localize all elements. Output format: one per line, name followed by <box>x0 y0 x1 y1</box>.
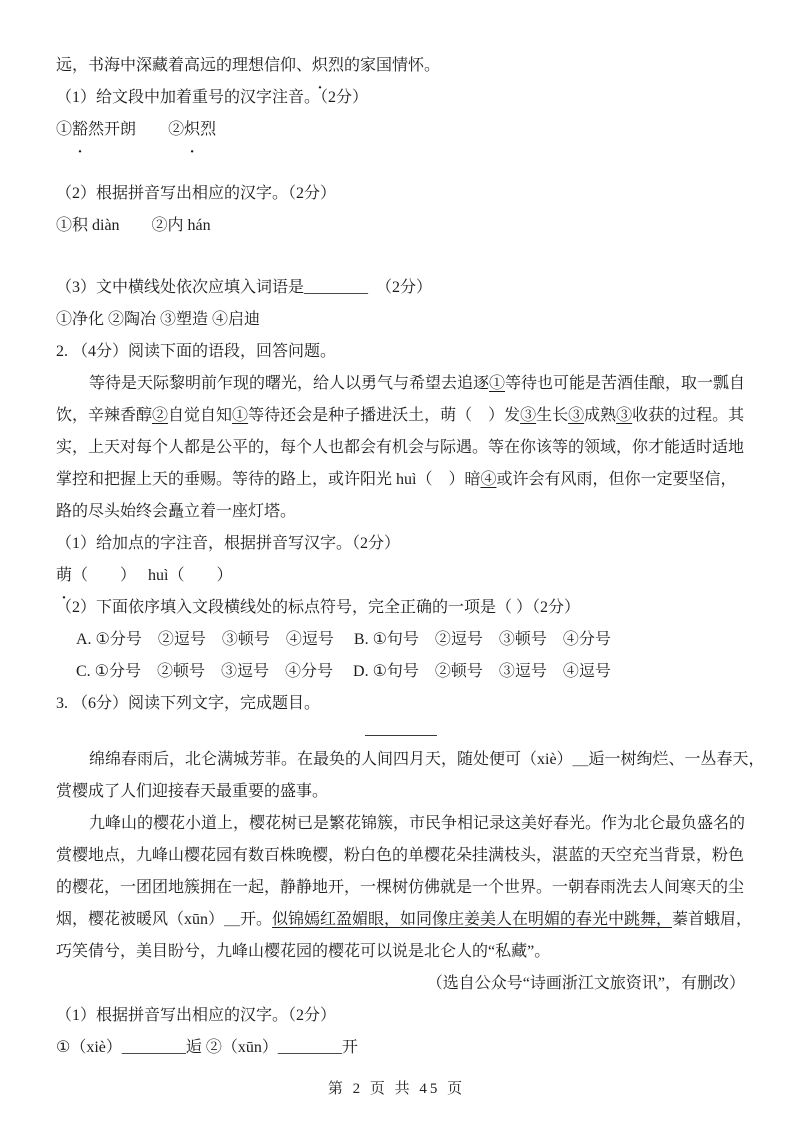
punctuation-placeholder: ② <box>152 407 168 424</box>
passage-line: 等待是天际黎明前乍现的曙光，给人以勇气与希望去追逐①等待也可能是苦酒佳酿，取一瓢… <box>56 368 745 400</box>
punctuation-placeholder: ③ <box>568 407 584 424</box>
text-run: 等待是天际黎明前乍现的曙光，给人以勇气与希望去追逐 <box>89 375 489 392</box>
text-run: （2分） <box>368 279 432 296</box>
item-number: ① <box>56 121 72 138</box>
punctuation-placeholder: ④ <box>480 471 496 488</box>
question-header: 3. （6分）阅读下列文字，完成题目。 <box>56 688 745 720</box>
text-run: 收获的过程。其 <box>632 407 744 424</box>
emphasized-char: 萌 <box>56 567 72 584</box>
passage-line: 赏樱成了人们迎接春天最重要的盛事。 <box>56 776 745 808</box>
text-run: 蓁首蛾眉， <box>672 911 752 928</box>
question-header: 2. （4分）阅读下面的语段，回答问题。 <box>56 336 745 368</box>
blank-underline: ________ <box>304 279 368 296</box>
question-line: （2）根据拼音写出相应的汉字。（2分） <box>56 178 745 210</box>
question-line: （1）给加点的字注音，根据拼音写汉字。（2分） <box>56 528 745 560</box>
punctuation-placeholder: ③ <box>616 407 632 424</box>
text-run: 饮，辛辣香醇 <box>56 407 152 424</box>
text-run: 生长 <box>536 407 568 424</box>
passage-line: 实，上天对每个人都是公平的，每个人也都会有机会与际遇。等在你该等的领域，你才能适… <box>56 432 745 464</box>
text-run: 烈 <box>200 121 216 138</box>
punctuation-placeholder: ① <box>489 375 505 392</box>
item-number: ② <box>168 121 184 138</box>
answer-line: ①豁然开朗 ②炽烈 <box>56 114 745 146</box>
emphasized-char: 豁 <box>72 121 88 138</box>
divider-rule <box>365 735 437 736</box>
emphasized-char: 炽 <box>312 57 328 74</box>
punctuation-placeholder: ① <box>232 407 248 424</box>
passage-line: 掌控和把握上天的垂赐。等待的路上，或许阳光 huì（ ）暗④或许会有风雨，但你一… <box>56 464 745 496</box>
text-run: 然开朗 <box>88 121 136 138</box>
passage-line: 绵绵春雨后，北仑满城芳菲。在最奂的人间四月天，随处便可（xiè）＿逅一树绚烂、一… <box>56 744 745 776</box>
text-run: 等待还会是种子播进沃土，萌（ ）发 <box>248 407 520 424</box>
text-run: 远，书海中深藏着高远的理想信仰、 <box>56 57 312 74</box>
question-line: （3）文中横线处依次应填入词语是________ （2分） <box>56 272 745 304</box>
passage-line: 九峰山的樱花小道上，樱花树已是繁花锦簇，市民争相记录这美好春光。作为北仑最负盛名… <box>56 808 745 840</box>
passage-line: 巧笑倩兮，美目盼兮，九峰山樱花园的樱花可以说是北仑人的“私藏”。 <box>56 936 745 968</box>
answer-line: ①（xiè）________逅 ②（xūn）________开 <box>56 1032 745 1064</box>
passage-line: 路的尽头始终会矗立着一座灯塔。 <box>56 496 745 528</box>
question-line: （2）下面依序填入文段横线处的标点符号，完全正确的一项是（ ）（2分） <box>56 592 745 624</box>
passage-line: 饮，辛辣香醇②自觉自知①等待还会是种子播进沃土，萌（ ）发③生长③成熟③收获的过… <box>56 400 745 432</box>
text-run: 成熟 <box>584 407 616 424</box>
text-run: 烟，樱花被暖风（xūn）＿开。 <box>56 911 272 928</box>
text-run <box>136 121 168 138</box>
text-run: 烈的家国情怀。 <box>328 57 440 74</box>
passage-line: 的樱花，一团团地簇拥在一起，静静地开，一棵树仿佛就是一个世界。一朝春雨洗去人间寒… <box>56 872 745 904</box>
text-run: （3）文中横线处依次应填入词语是 <box>56 279 304 296</box>
source-attribution: （选自公众号“诗画浙江文旅资讯”，有删改） <box>56 968 745 1000</box>
text-run: 自觉自知 <box>168 407 232 424</box>
underlined-clause: 似锦嫣红盈媚眼，如同像庄姜美人在明媚的春光中跳舞， <box>272 911 672 928</box>
text-run: 掌控和把握上天的垂赐。等待的路上，或许阳光 huì（ ）暗 <box>56 471 480 488</box>
option-line-ab: A. ①分号 ②逗号 ③顿号 ④逗号 B. ①句号 ②逗号 ③顿号 ④分号 <box>56 624 745 656</box>
text-run: 等待也可能是苦酒佳酿，取一瓢自 <box>505 375 745 392</box>
page-footer: 第 2 页 共 45 页 <box>0 1077 793 1098</box>
passage-line: 赏樱地点，九峰山樱花园有数百株晚樱，粉白色的单樱花朵挂满枝头，湛蓝的天空充当背景… <box>56 840 745 872</box>
document-page: 远，书海中深藏着高远的理想信仰、炽烈的家国情怀。 （1）给文段中加着重号的汉字注… <box>0 0 793 1122</box>
punctuation-placeholder: ③ <box>520 407 536 424</box>
answer-line: ①净化 ②陶冶 ③塑造 ④启迪 <box>56 304 745 336</box>
text-run: 或许会有风雨，但你一定要坚信， <box>496 471 736 488</box>
passage-line: 烟，樱花被暖风（xūn）＿开。似锦嫣红盈媚眼，如同像庄姜美人在明媚的春光中跳舞，… <box>56 904 745 936</box>
text-run: （ ） huì（ ） <box>72 567 232 584</box>
passage-line: 远，书海中深藏着高远的理想信仰、炽烈的家国情怀。 <box>56 50 745 82</box>
answer-line: ①积 diàn ②内 hán <box>56 210 745 242</box>
answer-line: 萌（ ） huì（ ） <box>56 560 745 592</box>
option-line-cd: C. ①分号 ②顿号 ③逗号 ④分号 D. ①句号 ②顿号 ③逗号 ④逗号 <box>56 656 745 688</box>
emphasized-char: 炽 <box>184 121 200 138</box>
question-line: （1）给文段中加着重号的汉字注音。（2分） <box>56 82 745 114</box>
question-line: （1）根据拼音写出相应的汉字。（2分） <box>56 1000 745 1032</box>
